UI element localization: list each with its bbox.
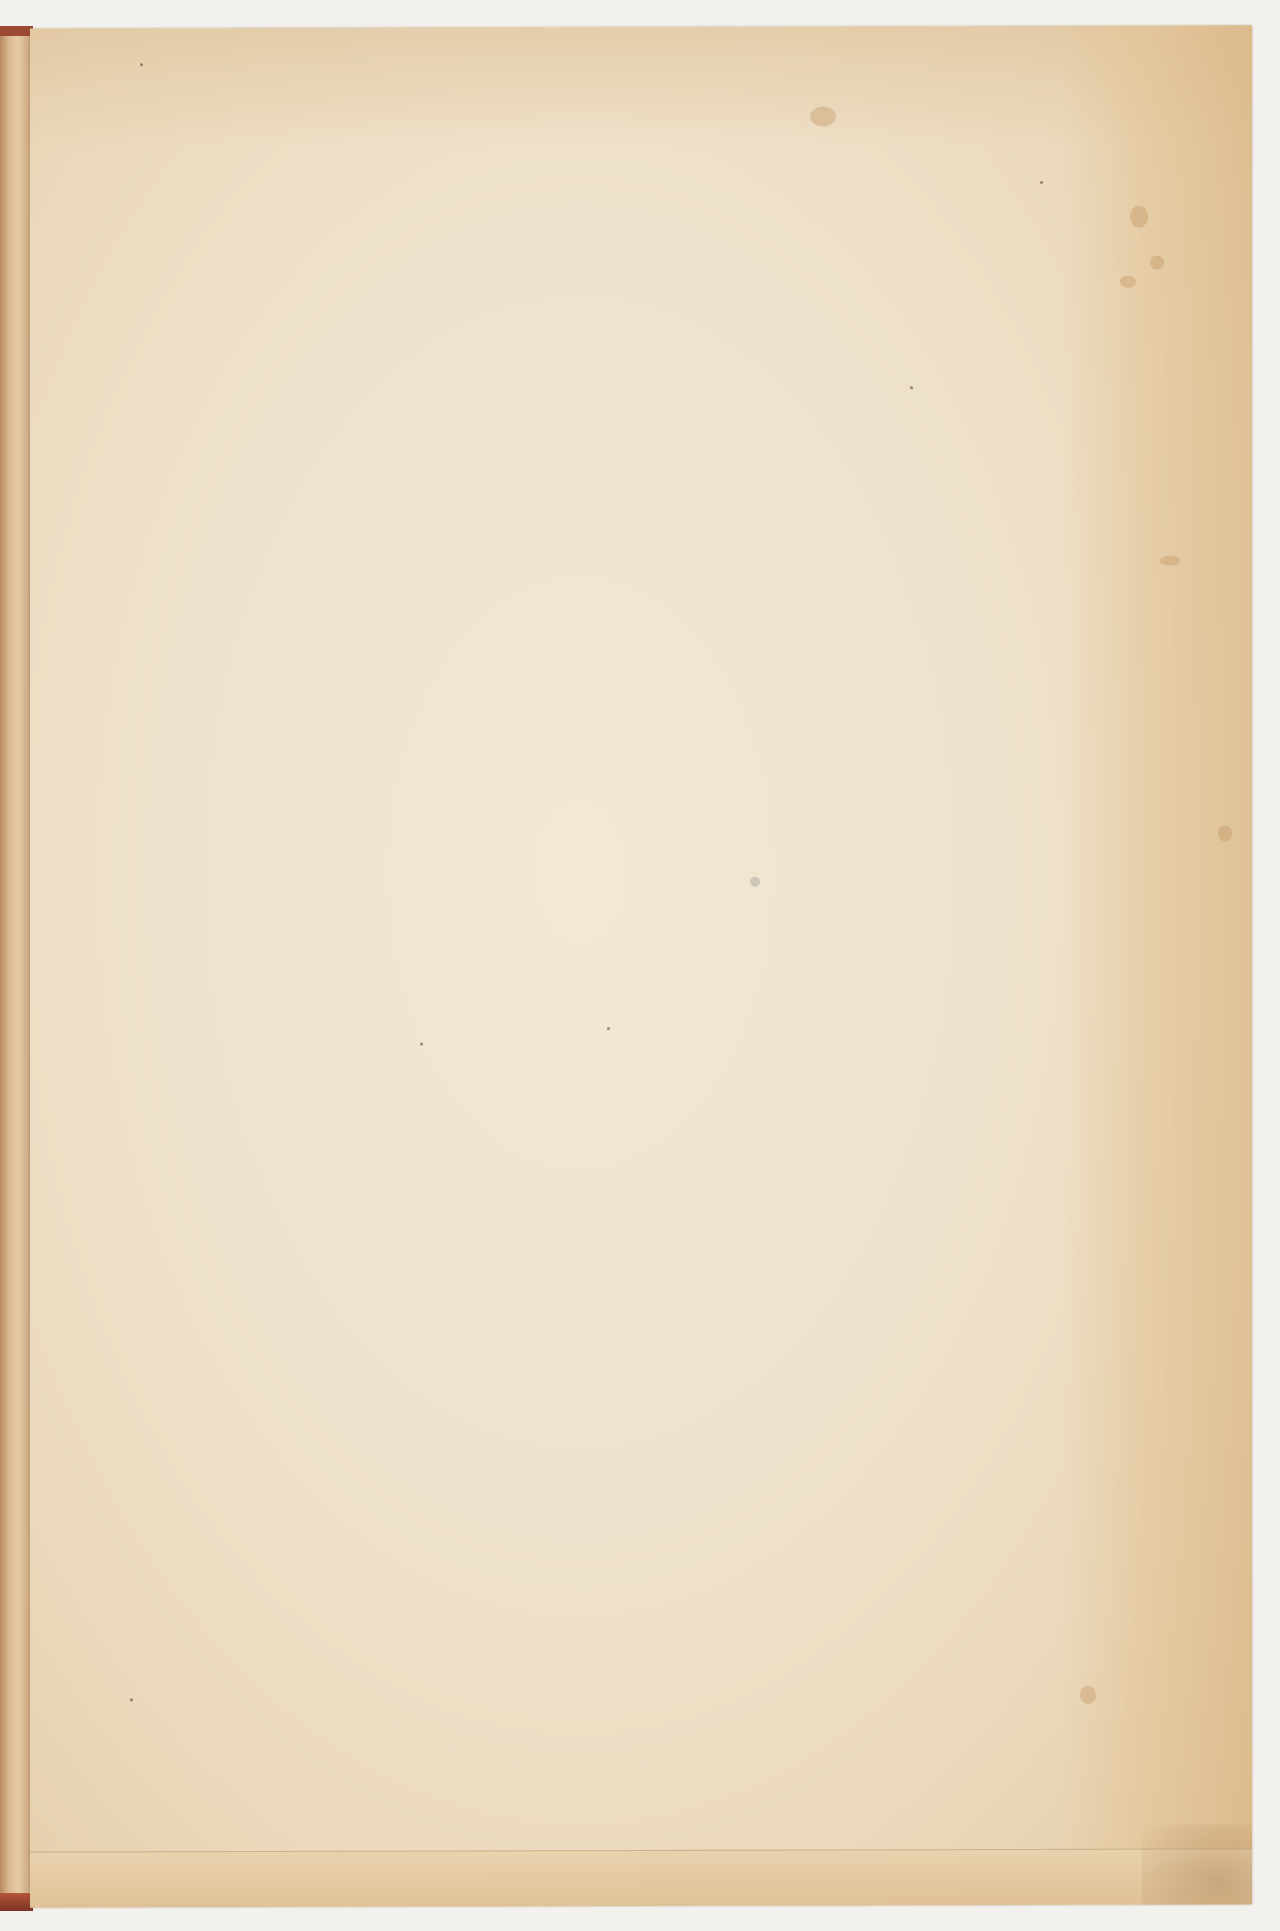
paper-fleck	[140, 63, 143, 66]
book-spine-edge	[0, 30, 30, 1908]
foxing-spot	[1130, 206, 1148, 228]
paper-fleck	[130, 1698, 133, 1701]
binding-edge-top	[0, 26, 33, 36]
foxing-spot	[1160, 556, 1180, 566]
blank-paper-page	[30, 25, 1252, 1907]
foxing-spot	[1218, 825, 1232, 841]
binding-edge-bottom	[0, 1893, 33, 1911]
paper-fleck	[420, 1043, 423, 1046]
paper-fleck	[910, 386, 913, 389]
foxing-spot	[1120, 276, 1136, 288]
paper-fleck	[607, 1027, 610, 1030]
corner-stain	[1142, 1824, 1252, 1904]
foxing-spot	[810, 106, 836, 126]
foxing-spot	[1150, 256, 1164, 270]
foxing-spot	[750, 877, 760, 887]
bottom-water-stain	[30, 1848, 1252, 1907]
foxing-spot	[1080, 1686, 1096, 1704]
right-margin-discoloration	[1062, 25, 1252, 1904]
paper-fleck	[1040, 181, 1043, 184]
